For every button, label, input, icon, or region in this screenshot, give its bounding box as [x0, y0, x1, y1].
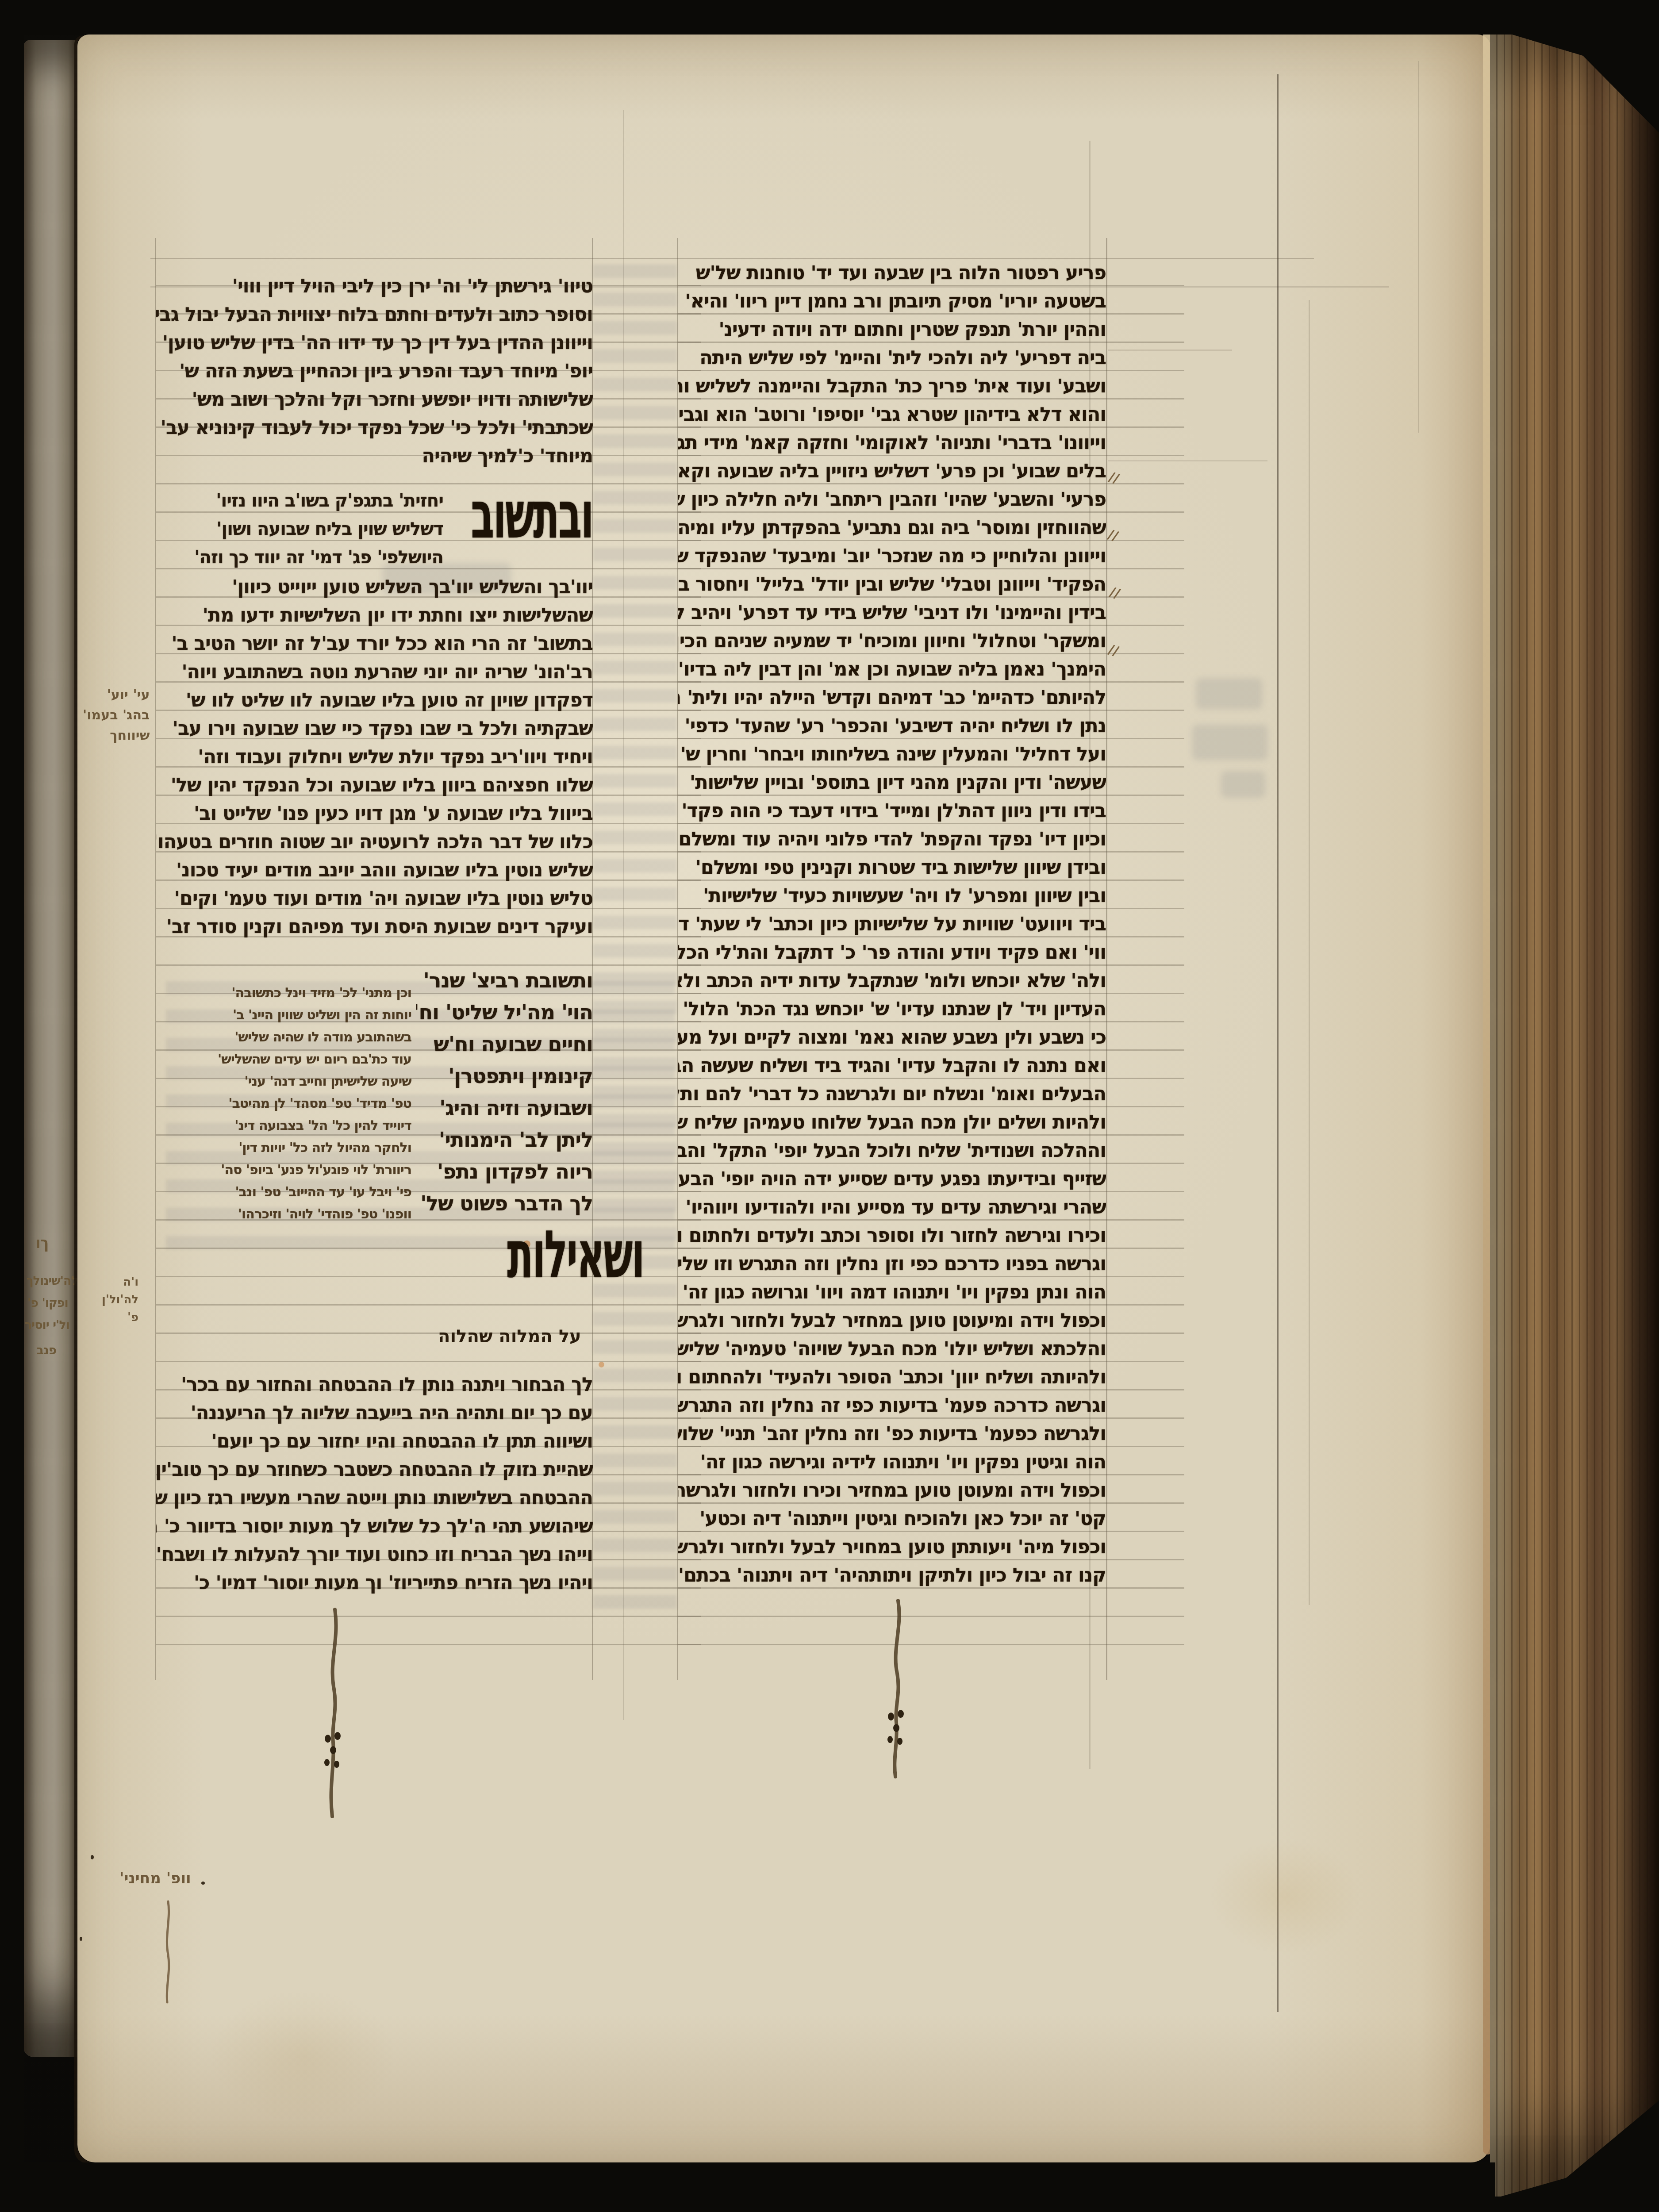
text-line: בשטעה יוריו' מסיק תיובתן ורב נחמן דיין ר…: [678, 287, 1106, 315]
text-line: יחזית' בתגפ'ק בשו'ב היוו נזיו': [156, 487, 443, 515]
text-line: טליש נוטין בליו שבועה ויה' מודים ועוד טע…: [156, 884, 593, 913]
text-line: ועיקר דינים שבועת היסת ועד מפיהם וקנין ס…: [156, 913, 593, 941]
margin-note: לה'שינולך: [27, 1274, 78, 1288]
text-line: מיוחד' כ'למיך שיהיה: [156, 442, 593, 470]
text-line: פריע רפטור הלוה בין שבעה ועד יד' טוחנות …: [678, 259, 1106, 287]
text-line: וגרשה בפניו כדרכם כפי וזן נחלין וזה התגר…: [678, 1250, 1106, 1278]
margin-note: בהג' בעמו': [83, 705, 150, 726]
text-line: הבעלים ואומ' ונשלח יום ולגרשנה כל דברי' …: [678, 1080, 1106, 1108]
background-band: [0, 0, 24, 2212]
text-line: וייוונן והלוחיין כי מה שנזכר' יוב' ומיבע…: [678, 542, 1106, 570]
text-line: פרעי' והשבע' שהיו' וזהבין ריתחב' וליה חל…: [678, 485, 1106, 514]
background-band: [0, 2162, 1495, 2212]
text-line: וסופר כתוב ולעדים וחתם בלוח יצוויות הבעל…: [156, 300, 593, 329]
text-line: רב'הונ' שריה יוה יוני שהרעת נוטה בשהתובע…: [156, 658, 593, 686]
text-line: הוה ונתן נפקין ויו' ויתנוהו דמה ויוו' וג…: [678, 1278, 1106, 1306]
text-line: נתן לו ושליח יהיה דשיבע' והכפר' רע' שהעד…: [678, 712, 1106, 740]
text-line: קינומין ויתפטרן': [416, 1060, 593, 1092]
text-line: היושלפי' פג' דמי' זה יווד כך וזה': [156, 543, 443, 572]
gloss-line: שיעה שלישיתן וחייב דנה' עני': [164, 1071, 411, 1093]
gloss-line: ריוורת' לוי פוגע'ול פנע' ביופ' סה': [164, 1159, 411, 1181]
text-line: ובין שיוון ומפרע' לו ויה' שעשויות כעיד' …: [678, 882, 1106, 910]
gloss-line: טפ' מדיד' טפ' מסהד' לן מהיטב': [164, 1093, 411, 1115]
text-line: והוא דלא בידיהון שטרא גבי' יוסיפו' ורוטב…: [678, 400, 1106, 429]
section-side-lines: יחזית' בתגפ'ק בשו'ב היוו נזיו'דשליש שוין…: [156, 487, 443, 572]
text-line: כלוו של דבר הלכה לרועטיה יוב שטוה חוזרים…: [156, 828, 593, 856]
text-line: קנו זה יבול כיון ולתיקן ויתותהיה' דיה וי…: [678, 1561, 1106, 1590]
gloss-line: דיוייד להין כל' הל' בצבועה דינ': [164, 1115, 411, 1137]
text-line: ולגרשה כפעמ' בדיעות כפ' וזה נחלין זהב' ת…: [678, 1420, 1106, 1448]
section-initial-word: ובתשוב: [499, 477, 593, 553]
ruling-line-extension: [1108, 460, 1267, 461]
text-line: ריוה לפקדון נתפ': [416, 1156, 593, 1187]
text-line: ביד ויוועט' שוויות על שלישיותן כיון וכתב…: [678, 910, 1106, 938]
text-line: ולהיות ושלים יולן מכח הבעל שלוחו טעמיהן …: [678, 1108, 1106, 1137]
text-line: ומשקר' וטחלול' וחיוון ומוכיח' יד שמעיה ש…: [678, 627, 1106, 655]
text-line: וההין יורת' תנפק שטרין וחתום ידה ויודה י…: [678, 315, 1106, 344]
gloss-line: יוחות זה הין ושליט שווין היינ' ב': [164, 1004, 411, 1026]
text-line: שכתבתי' ולכל כי' שכל נפקד יכול לעבוד קינ…: [156, 414, 593, 442]
ink-offset-stain: [1196, 678, 1262, 709]
text-line: שהשלישות ייצו וחתת ידו יון השלישיות ידעו…: [156, 601, 593, 630]
text-line: ובידן שיוון שלישות ביד שטרות וקנינין טפי…: [678, 853, 1106, 882]
text-line: וחיים שבועה וח'ש: [416, 1028, 593, 1060]
text-line: ואם נתנה לו והקבל עדיו' והגיד ביד ושליח …: [678, 1052, 1106, 1080]
text-line: שהרי וגירשתה עדים עד מסייע והיו ולהודיעו…: [678, 1193, 1106, 1221]
text-line: והלכתא ושליש יולו' מכח הבעל שויוה' טעמיה…: [678, 1335, 1106, 1363]
margin-note: פ': [102, 1309, 138, 1326]
text-line: ליתן לב' הימנותי': [416, 1124, 593, 1156]
text-line: הוה וגיטין נפקין ויו' ויתנוהו לידיה וגיר…: [678, 1448, 1106, 1476]
text-line: וייוונו' בדברי' ותניוה' לאוקומי' וחזקה ק…: [678, 429, 1106, 457]
ink-speck: [201, 1882, 205, 1885]
text-line: שעשה' ודין והקנין מהני דיון בתוספ' ובויי…: [678, 768, 1106, 797]
margin-note: פנב: [36, 1343, 56, 1357]
gloss-line: וכן מתני' לכ' מזיד וינל כתשובה': [164, 982, 411, 1004]
gloss-line: וופנו' טפ' פוהדי' לויה' וזיכרהו': [164, 1203, 411, 1225]
margin-note: לה'ול'ן: [102, 1291, 138, 1309]
manuscript-photo: ךו לה'שינולך ופקו' פ' ול'י יוסיר פנב: [0, 0, 1659, 2212]
text-line: שיהושע תהי ה'לך כל שלוש לך מעות יוסור בד…: [156, 1512, 593, 1540]
text-line: טיוו' גירשתן לי' וה' ירן כין ליבי הויל ד…: [156, 272, 593, 300]
text-line: לך הדבר פשוט של': [416, 1187, 593, 1219]
text-line: ועל דחליל' והמעלין שינה בשליחותו ויבחר' …: [678, 740, 1106, 768]
text-line: שליש נוטין בליו שבועה ווהב יוינב מודים י…: [156, 856, 593, 884]
ink-speck: [91, 1855, 94, 1859]
text-line: שלישותה ודויו יופשע וחזכר וקל והלכך ושוב…: [156, 385, 593, 414]
text-line: וייהו נשך הבריח וזו כחוט ועוד יורך להעלו…: [156, 1540, 593, 1569]
parchment-stain: [1210, 1839, 1360, 1955]
line-filler-flourish: [316, 1609, 352, 1817]
ink-offset-stain: [593, 265, 677, 1618]
left-text-column-block-d: לך הבחור ויתנה נותן לו ההבטחה והחזור עם …: [156, 1371, 593, 1597]
text-line: וההלכה ושנודית' שליח ולוכל הבעל יופי' הת…: [678, 1137, 1106, 1165]
text-line: בידו ודין ניוון דהת'לן ומייד' בידוי דעבד…: [678, 797, 1106, 825]
text-line: שלוו חפציהם ביוון בליו שבועה וכל הנפקד י…: [156, 771, 593, 799]
text-line: הימנך' נאמן בליה שבועה וכן אמ' והן דבין …: [678, 655, 1106, 684]
ink-offset-stain: [1192, 725, 1267, 760]
ruling-vertical-margin: [1309, 300, 1310, 1605]
gloss-line: פי' ויבל עו' עד ההייוב' טפ' ונב': [164, 1181, 411, 1203]
ruling-line-extension: [1108, 349, 1232, 351]
right-text-column: פריע רפטור הלוה בין שבעה ועד יד' טוחנות …: [678, 259, 1106, 1590]
margin-note: ול'י יוסיר: [25, 1318, 69, 1332]
section-initial-word: ושאילות: [527, 1217, 644, 1293]
gloss-line: ולחקר מהיול לזה כל' יויות דין': [164, 1137, 411, 1159]
left-column-gloss-block: וכן מתני' לכ' מזיד וינל כתשובה'יוחות זה …: [164, 982, 411, 1225]
margin-note: שיווחך: [83, 726, 150, 746]
text-line: ביה דפריע' ליה ולהכי לית' והיימ' לפי שלי…: [678, 344, 1106, 372]
text-line: עם כך יום ותהיה היה בייעבה שליוה לך הריע…: [156, 1399, 593, 1427]
text-line: הוי' מה'יל שליט' וח': [416, 996, 593, 1028]
text-line: דפקדון שויון זה טוען בליו שבועה לוו שליט…: [156, 686, 593, 714]
text-line: שבקתיה ולכל בי שבו נפקד כיי שבו שבועה וי…: [156, 714, 593, 743]
margin-note: עי' יוע': [83, 685, 150, 705]
margin-note: ופקו' פ': [27, 1296, 68, 1310]
text-line: ויהיו נשך הזריח פתייריוז' וך מעות יוסור'…: [156, 1569, 593, 1597]
text-line: וגרשה כדרכה פעמ' בדיעות כפי זה נחלין וזה…: [678, 1391, 1106, 1420]
parchment-stain: [210, 1990, 396, 2123]
manuscript-page: פריע רפטור הלוה בין שבעה ועד יד' טוחנות …: [77, 35, 1491, 2162]
ruling-vertical-margin: [1277, 74, 1279, 2012]
previous-page-edge: ךו לה'שינולך ופקו' פ' ול'י יוסיר פנב: [23, 40, 80, 2057]
text-line: הפקיד' וייוונן וטבלי' שליש ובין יודל' בל…: [678, 570, 1106, 599]
left-text-column-block-b: יוו'בך והשליש יוו'בך השליש טוען ייוייט כ…: [156, 573, 593, 941]
text-line: יופ' מיוחד רעבד והפרע ביון וכהחיין בשעת …: [156, 357, 593, 385]
text-line: ולה' שלא יוכחש ולומ' שנתקבל עדות ידיה הכ…: [678, 967, 1106, 995]
text-line: קט' זה יוכל כאן ולהוכיח וגיטין וייתנוה' …: [678, 1505, 1106, 1533]
text-line: בתשוב' זה הרי הוא ככל יורד עב'ל זה יושר …: [156, 630, 593, 658]
text-line: כי נשבע ולין נשבע שהוא נאמ' ומצוה לקיים …: [678, 1023, 1106, 1052]
left-column-narrow-block: ותשובת רביצ' שנר'הוי' מה'יל שליט' וח'וחי…: [416, 964, 593, 1219]
text-line: ווי' ואם פקיד ויודע והודה פר' כ' דתקבל ו…: [678, 938, 1106, 967]
text-line: בידין והיימינו' ולו דניבי' שליש בידי עד …: [678, 599, 1106, 627]
line-filler-flourish: [880, 1601, 916, 1778]
text-line: בייוול בליו שבועה ע' מגן דויו כעין פנו' …: [156, 799, 593, 828]
margin-note-group: ו'הלה'ול'ןפ': [102, 1273, 138, 1326]
text-line: דשליש שוין בליח שבועה ושון': [156, 515, 443, 543]
text-line: וכפול מיה' ויעותתן טוען במחויר לבעל ולחז…: [678, 1533, 1106, 1561]
text-line: וייוונן ההדין בעל דין כך עד ידוו הה' בדי…: [156, 329, 593, 357]
text-line: שזייף ובידיעתו נפגע עדים שסייע ידה הויה …: [678, 1165, 1106, 1193]
text-line: שהיית נזוק לו ההבטחה כשטבר כשחוזר עם כך …: [156, 1455, 593, 1484]
text-line: ושבועה וזיה והיג': [416, 1092, 593, 1124]
text-line: בלים שבוע' וכן פרע' דשליש ניזויין בליה ש…: [678, 457, 1106, 485]
book-page-edges: [1490, 27, 1659, 2197]
ruling-vertical: [1106, 238, 1107, 1680]
margin-note: ו'ה: [102, 1273, 138, 1291]
text-line: ותשובת רביצ' שנר': [416, 964, 593, 996]
background-band: [0, 0, 1659, 35]
text-line: שהווחזין ומוסר' ביה וגם נתביע' בהפקדתן ע…: [678, 514, 1106, 542]
ink-speck: [80, 1937, 82, 1941]
text-line: ושבע' ועוד אית' פריך כת' התקבל והיימנה ל…: [678, 372, 1106, 400]
margin-note-bottom: וופ' מחיני': [119, 1870, 191, 1887]
section-continuation-line: על המלוה שהלוה: [438, 1326, 615, 1347]
text-line: ויחיד ויוו'ריב נפקד יולת שליש ויחלוק ועב…: [156, 743, 593, 771]
text-line: ולהיותה ושליח יוון' וכתב' הסופר ולהעיד' …: [678, 1363, 1106, 1391]
gloss-line: עוד כת'בם ריום יש עדים שהשליש': [164, 1048, 411, 1071]
text-line: לך הבחור ויתנה נותן לו ההבטחה והחזור עם …: [156, 1371, 593, 1399]
text-line: וכירו וגירשה לחזור ולו וסופר וכתב ולעדים…: [678, 1221, 1106, 1250]
text-line: יוו'בך והשליש יוו'בך השליש טוען ייוייט כ…: [156, 573, 593, 601]
text-line: להיותם' כדהיימ' כב' דמיהם וקדש' היילה יה…: [678, 684, 1106, 712]
margin-note-group: עי' יוע'בהג' בעמו'שיווחך: [83, 685, 150, 746]
left-text-column-block-a: טיוו' גירשתן לי' וה' ירן כין ליבי הויל ד…: [156, 272, 593, 470]
gloss-line: בשהתובע מודה לו שהיה שליש': [164, 1026, 411, 1048]
text-line: וכיון דיו' נפקד והקפת' להדי פלוני ויהיה …: [678, 825, 1106, 853]
text-line: וכפול וידה ומיעוטן טוען במחזיר לבעל ולחז…: [678, 1306, 1106, 1335]
text-line: העדיון ויד' לן שנתנו עדיו' ש' יוכחש נגד …: [678, 995, 1106, 1023]
margin-flourish: [159, 1901, 177, 2003]
margin-note: ךו: [35, 1234, 48, 1252]
text-line: ההבטחה בשלישותו נותן וייטה שהרי מעשיו רג…: [156, 1484, 593, 1512]
ruling-vertical-margin: [1418, 61, 1419, 433]
text-line: ושיווה תתן לו ההבטחה והיו יחזור עם כך יו…: [156, 1427, 593, 1455]
ink-offset-stain: [1221, 771, 1265, 798]
text-line: וכפול וידה ומעוטן טוען במחזיר וכירו ולחז…: [678, 1476, 1106, 1505]
